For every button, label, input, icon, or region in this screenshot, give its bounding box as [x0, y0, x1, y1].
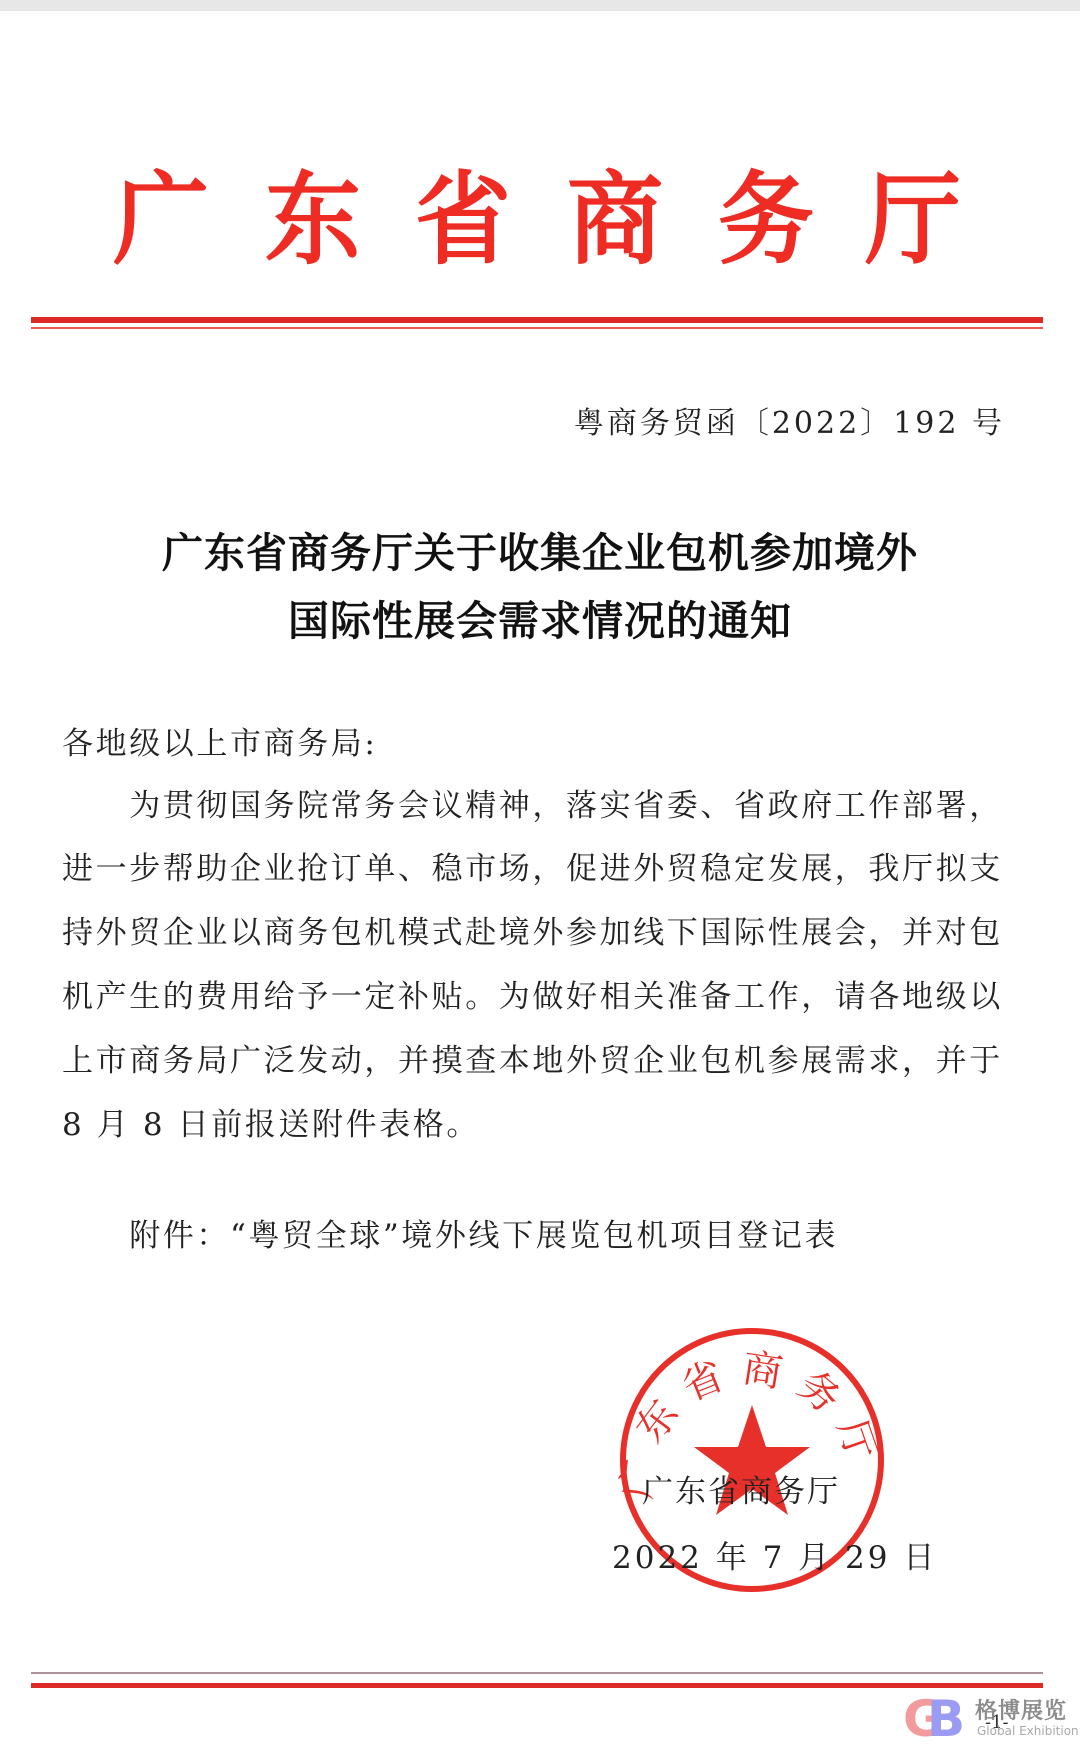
- header-rule-thin: [31, 327, 1043, 329]
- header-rule-thick: [31, 317, 1043, 323]
- masthead-char: 广: [113, 162, 209, 278]
- body-paragraph-line: 为贯彻国务院常务会议精神，落实省委、省政府工作部署，: [62, 780, 1003, 825]
- masthead-org-name: 广 东 省 商 务 厅: [0, 165, 1080, 275]
- body-paragraph-line: 上市商务局广泛发动，并摸查本地外贸企业包机参展需求，并于: [62, 1035, 1003, 1080]
- salutation: 各地级以上市商务局:: [62, 718, 377, 763]
- document-number: 粤商务贸函〔2022〕192 号: [574, 398, 1005, 442]
- masthead-char: 省: [415, 162, 511, 278]
- signature-date: 2022 年 7 月 29 日: [612, 1532, 937, 1577]
- document-title-line-2: 国际性展会需求情况的通知: [0, 588, 1080, 647]
- watermark-logo-b-icon: B: [927, 1690, 965, 1748]
- footer-rule-thick: [31, 1683, 1043, 1688]
- signature-organization: 广东省商务厅: [642, 1466, 840, 1511]
- document-title-line-1: 广东省商务厅关于收集企业包机参加境外: [0, 520, 1080, 579]
- masthead-char: 务: [718, 162, 814, 278]
- masthead-char: 厅: [865, 162, 961, 278]
- masthead-char: 东: [265, 162, 361, 278]
- top-status-strip: [0, 0, 1080, 11]
- body-paragraph-line: 机产生的费用给予一定补贴。为做好相关准备工作，请各地级以: [62, 971, 1003, 1016]
- watermark-cn-text: 格博展览: [975, 1694, 1067, 1725]
- watermark-logo: G B 格博展览 Global Exhibition: [903, 1690, 1080, 1748]
- watermark-en-text: Global Exhibition: [977, 1724, 1079, 1738]
- footer-rule-thin: [31, 1672, 1043, 1674]
- body-paragraph-line: 进一步帮助企业抢订单、稳市场，促进外贸稳定发展，我厅拟支: [62, 843, 1003, 888]
- masthead-char: 商: [567, 162, 663, 278]
- attachment-line: 附件：“粤贸全球”境外线下展览包机项目登记表: [62, 1210, 838, 1255]
- body-paragraph-line: 8 月 8 日前报送附件表格。: [62, 1099, 480, 1144]
- body-paragraph-line: 持外贸企业以商务包机模式赴境外参加线下国际性展会，并对包: [62, 907, 1003, 952]
